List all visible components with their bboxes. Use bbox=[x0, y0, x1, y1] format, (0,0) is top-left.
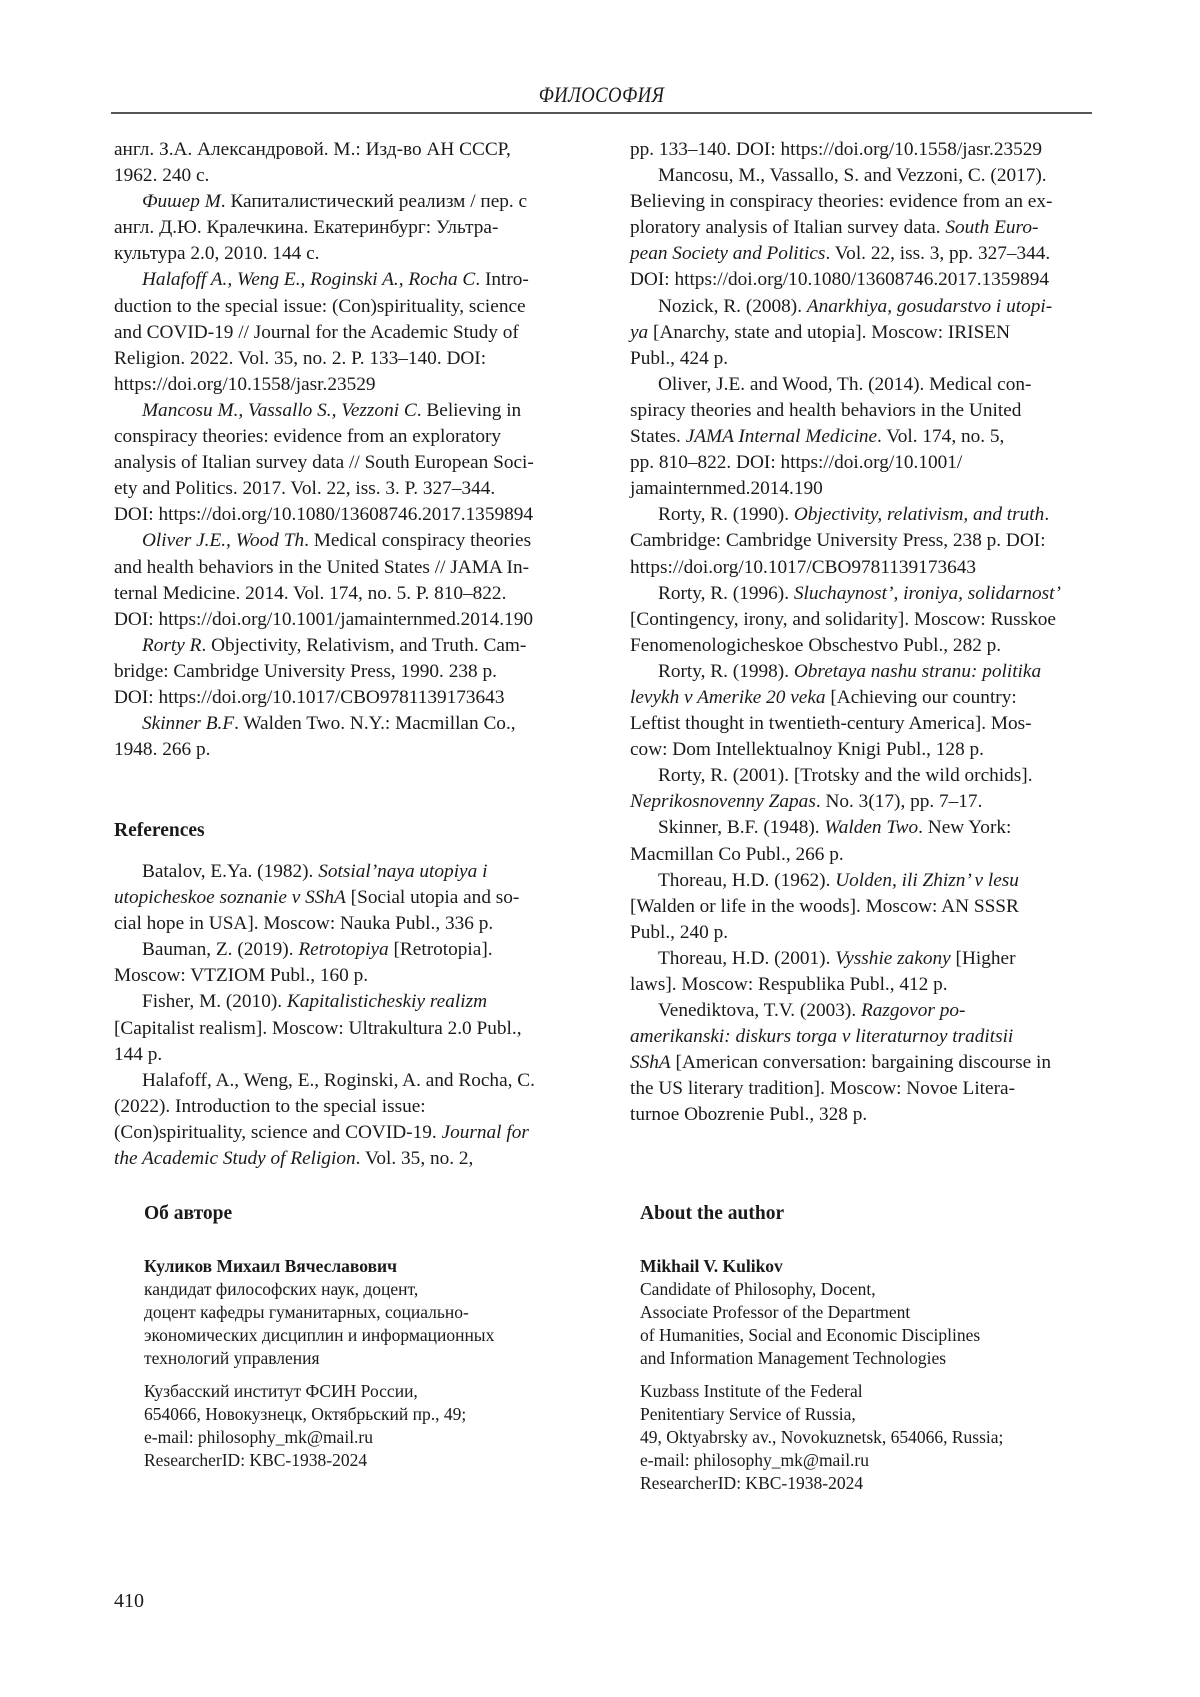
reference-text: pp. 133–140. DOI: https://doi.org/10.155… bbox=[630, 139, 1042, 160]
reference-text: DOI: https://doi.org/10.1080/13608746.20… bbox=[630, 269, 1049, 290]
reference-text: 1948. 266 p. bbox=[114, 739, 210, 760]
reference-entry: Oliver, J.E. and Wood, Th. (2014). Medic… bbox=[630, 372, 1090, 502]
reference-line: Neprikosnovenny Zapas. No. 3(17), pp. 7–… bbox=[630, 789, 1090, 815]
reference-italic-text: JAMA Internal Medicine bbox=[686, 426, 877, 447]
reference-line: laws]. Moscow: Respublika Publ., 412 p. bbox=[630, 972, 1090, 998]
reference-text: Oliver, J.E. and Wood, Th. (2014). Medic… bbox=[658, 374, 1031, 395]
author-affiliation-en: Kuzbass Institute of the FederalPenitent… bbox=[640, 1380, 1003, 1495]
reference-text: Skinner, B.F. (1948). bbox=[658, 817, 824, 838]
author-info-line: ResearcherID: KBC-1938-2024 bbox=[640, 1472, 1003, 1495]
reference-text: англ. З.А. Александровой. М.: Изд-во АН … bbox=[114, 139, 511, 160]
reference-text: Rorty, R. (1990). bbox=[658, 504, 794, 525]
reference-line: Bauman, Z. (2019). Retrotopiya [Retrotop… bbox=[114, 937, 569, 963]
about-author-ru: Об авторе Куликов Михаил Вячеславович ка… bbox=[144, 1203, 494, 1472]
running-header: ФИЛОСОФИЯ bbox=[111, 78, 1092, 114]
reference-line: англ. Д.Ю. Кралечкина. Екатеринбург: Уль… bbox=[114, 215, 569, 241]
reference-text: Rorty, R. (1998). bbox=[658, 661, 794, 682]
reference-text: Mancosu, M., Vassallo, S. and Vezzoni, C… bbox=[658, 165, 1047, 186]
reference-line: Mancosu, M., Vassallo, S. and Vezzoni, C… bbox=[630, 163, 1090, 189]
reference-text: pp. 810–822. DOI: https://doi.org/10.100… bbox=[630, 452, 962, 473]
reference-entry: Thoreau, H.D. (1962). Uolden, ili Zhizn’… bbox=[630, 868, 1090, 946]
reference-text: https://doi.org/10.1017/CBO9781139173643 bbox=[630, 557, 976, 578]
reference-line: bridge: Cambridge University Press, 1990… bbox=[114, 659, 569, 685]
reference-text: the US literary tradition]. Moscow: Novo… bbox=[630, 1078, 1015, 1099]
reference-line: conspiracy theories: evidence from an ex… bbox=[114, 424, 569, 450]
reference-line: (2022). Introduction to the special issu… bbox=[114, 1094, 569, 1120]
reference-text: ploratory analysis of Italian survey dat… bbox=[630, 217, 945, 238]
reference-text: Publ., 240 p. bbox=[630, 922, 728, 943]
reference-line: Rorty, R. (1996). Sluchaynost’, ironiya,… bbox=[630, 581, 1090, 607]
reference-text: . Walden Two. N.Y.: Macmillan Co., bbox=[234, 713, 515, 734]
reference-entry: Thoreau, H.D. (2001). Vysshie zakony [Hi… bbox=[630, 946, 1090, 998]
reference-line: Thoreau, H.D. (2001). Vysshie zakony [Hi… bbox=[630, 946, 1090, 972]
author-info-line: Kuzbass Institute of the Federal bbox=[640, 1380, 1003, 1403]
author-info-line: Кузбасский институт ФСИН России, bbox=[144, 1380, 494, 1403]
reference-line: https://doi.org/10.1017/CBO9781139173643 bbox=[630, 555, 1090, 581]
reference-text: . New York: bbox=[918, 817, 1011, 838]
reference-line: Leftist thought in twentieth-century Ame… bbox=[630, 711, 1090, 737]
reference-text: Cambridge: Cambridge University Press, 2… bbox=[630, 530, 1046, 551]
reference-italic-text: Obretaya nashu stranu: politika bbox=[794, 661, 1041, 682]
reference-line: Mancosu M., Vassallo S., Vezzoni C. Beli… bbox=[114, 398, 569, 424]
reference-line: Cambridge: Cambridge University Press, 2… bbox=[630, 528, 1090, 554]
reference-text: Rorty, R. (2001). [Trotsky and the wild … bbox=[658, 765, 1033, 786]
about-author-en-title: About the author bbox=[640, 1203, 1003, 1233]
reference-line: Nozick, R. (2008). Anarkhiya, gosudarstv… bbox=[630, 294, 1090, 320]
reference-italic-text: pean Society and Politics bbox=[630, 243, 825, 264]
reference-line: Oliver, J.E. and Wood, Th. (2014). Medic… bbox=[630, 372, 1090, 398]
author-position-ru: кандидат философских наук, доцент,доцент… bbox=[144, 1278, 494, 1370]
reference-text: англ. Д.Ю. Кралечкина. Екатеринбург: Уль… bbox=[114, 217, 498, 238]
reference-text: Nozick, R. (2008). bbox=[658, 296, 807, 317]
reference-text: duction to the special issue: (Con)spiri… bbox=[114, 296, 526, 317]
reference-italic-text: utopicheskoe soznanie v SShA bbox=[114, 887, 346, 908]
reference-text: spiracy theories and health behaviors in… bbox=[630, 400, 1021, 421]
reference-line: SShA [American conversation: bargaining … bbox=[630, 1050, 1090, 1076]
reference-text: (Con)spirituality, science and COVID-19. bbox=[114, 1122, 442, 1143]
author-info-line: and Information Management Technologies bbox=[640, 1347, 1003, 1370]
about-author-en: About the author Mikhail V. Kulikov Cand… bbox=[640, 1203, 1003, 1495]
reference-line: Skinner, B.F. (1948). Walden Two. New Yo… bbox=[630, 815, 1090, 841]
author-info-line: Candidate of Philosophy, Docent, bbox=[640, 1278, 1003, 1301]
reference-line: Thoreau, H.D. (1962). Uolden, ili Zhizn’… bbox=[630, 868, 1090, 894]
reference-text: bridge: Cambridge University Press, 1990… bbox=[114, 661, 497, 682]
reference-italic-text: levykh v Amerike 20 veka bbox=[630, 687, 826, 708]
reference-line: 144 p. bbox=[114, 1042, 569, 1068]
reference-entry: Skinner, B.F. (1948). Walden Two. New Yo… bbox=[630, 815, 1090, 867]
reference-text: . Believing in bbox=[417, 400, 521, 421]
reference-entry: Mancosu M., Vassallo S., Vezzoni C. Beli… bbox=[114, 398, 569, 528]
author-position-en: Candidate of Philosophy, Docent,Associat… bbox=[640, 1278, 1003, 1370]
reference-italic-text: South Euro- bbox=[945, 217, 1038, 238]
reference-italic-text: Halafoff A., Weng E., Roginski A., Rocha… bbox=[142, 269, 475, 290]
reference-text: Publ., 424 p. bbox=[630, 348, 728, 369]
reference-text: культура 2.0, 2010. 144 с. bbox=[114, 243, 319, 264]
reference-text: Leftist thought in twentieth-century Ame… bbox=[630, 713, 1032, 734]
reference-line: pp. 810–822. DOI: https://doi.org/10.100… bbox=[630, 450, 1090, 476]
reference-entry: Mancosu, M., Vassallo, S. and Vezzoni, C… bbox=[630, 163, 1090, 293]
author-name-en: Mikhail V. Kulikov bbox=[640, 1255, 1003, 1278]
reference-line: Fisher, M. (2010). Kapitalisticheskiy re… bbox=[114, 989, 569, 1015]
reference-line: англ. З.А. Александровой. М.: Изд-во АН … bbox=[114, 137, 569, 163]
reference-italic-text: Objectivity, relativism, and truth bbox=[794, 504, 1044, 525]
reference-text: Thoreau, H.D. (1962). bbox=[658, 870, 835, 891]
reference-entry: англ. З.А. Александровой. М.: Изд-во АН … bbox=[114, 137, 569, 189]
reference-entry: Venediktova, T.V. (2003). Razgovor po-am… bbox=[630, 998, 1090, 1128]
reference-text: conspiracy theories: evidence from an ex… bbox=[114, 426, 501, 447]
reference-line: Rorty, R. (1998). Obretaya nashu stranu:… bbox=[630, 659, 1090, 685]
reference-line: ternal Medicine. 2014. Vol. 174, no. 5. … bbox=[114, 581, 569, 607]
reference-line: Skinner B.F. Walden Two. N.Y.: Macmillan… bbox=[114, 711, 569, 737]
reference-line: the Academic Study of Religion. Vol. 35,… bbox=[114, 1146, 569, 1172]
author-info-line: ResearcherID: KBC-1938-2024 bbox=[144, 1449, 494, 1472]
reference-text: jamainternmed.2014.190 bbox=[630, 478, 823, 499]
author-info-line: доцент кафедры гуманитарных, социально- bbox=[144, 1301, 494, 1324]
reference-entry: Batalov, E.Ya. (1982). Sotsial’naya utop… bbox=[114, 859, 569, 937]
reference-line: and COVID-19 // Journal for the Academic… bbox=[114, 320, 569, 346]
reference-text: DOI: https://doi.org/10.1001/jamainternm… bbox=[114, 609, 533, 630]
references-heading: References bbox=[114, 820, 205, 842]
reference-entry: Rorty, R. (1998). Obretaya nashu stranu:… bbox=[630, 659, 1090, 763]
reference-entry: Bauman, Z. (2019). Retrotopiya [Retrotop… bbox=[114, 937, 569, 989]
reference-italic-text: ya bbox=[630, 322, 648, 343]
references-left-column: Batalov, E.Ya. (1982). Sotsial’naya utop… bbox=[114, 859, 569, 1172]
reference-entry: Nozick, R. (2008). Anarkhiya, gosudarstv… bbox=[630, 294, 1090, 372]
reference-line: ya [Anarchy, state and utopia]. Moscow: … bbox=[630, 320, 1090, 346]
reference-line: jamainternmed.2014.190 bbox=[630, 476, 1090, 502]
reference-text: cow: Dom Intellektualnoy Knigi Publ., 12… bbox=[630, 739, 984, 760]
bibliography-left-column: англ. З.А. Александровой. М.: Изд-во АН … bbox=[114, 137, 569, 763]
reference-line: Macmillan Co Publ., 266 p. bbox=[630, 842, 1090, 868]
reference-line: Venediktova, T.V. (2003). Razgovor po- bbox=[630, 998, 1090, 1024]
reference-text: Bauman, Z. (2019). bbox=[142, 939, 298, 960]
about-author-ru-title: Об авторе bbox=[144, 1203, 494, 1233]
author-name-ru: Куликов Михаил Вячеславович bbox=[144, 1255, 494, 1278]
reference-entry: Rorty, R. (1990). Objectivity, relativis… bbox=[630, 502, 1090, 580]
reference-italic-text: Uolden, ili Zhizn’ v lesu bbox=[835, 870, 1019, 891]
reference-line: spiracy theories and health behaviors in… bbox=[630, 398, 1090, 424]
reference-entry: Rorty, R. (2001). [Trotsky and the wild … bbox=[630, 763, 1090, 815]
reference-line: Batalov, E.Ya. (1982). Sotsial’naya utop… bbox=[114, 859, 569, 885]
author-info-line: кандидат философских наук, доцент, bbox=[144, 1278, 494, 1301]
author-info-line: e-mail: philosophy_mk@mail.ru bbox=[144, 1426, 494, 1449]
section-title: ФИЛОСОФИЯ bbox=[185, 82, 1019, 108]
reference-text: Macmillan Co Publ., 266 p. bbox=[630, 844, 844, 865]
reference-text: laws]. Moscow: Respublika Publ., 412 p. bbox=[630, 974, 948, 995]
reference-line: pp. 133–140. DOI: https://doi.org/10.155… bbox=[630, 137, 1090, 163]
reference-text: [Walden or life in the woods]. Moscow: A… bbox=[630, 896, 1019, 917]
reference-line: (Con)spirituality, science and COVID-19.… bbox=[114, 1120, 569, 1146]
reference-line: Oliver J.E., Wood Th. Medical conspiracy… bbox=[114, 528, 569, 554]
reference-text: 1962. 240 с. bbox=[114, 165, 209, 186]
reference-line: turnoe Obozrenie Publ., 328 p. bbox=[630, 1102, 1090, 1128]
reference-text: analysis of Italian survey data // South… bbox=[114, 452, 534, 473]
reference-entry: Halafoff A., Weng E., Roginski A., Rocha… bbox=[114, 267, 569, 397]
reference-line: 1962. 240 с. bbox=[114, 163, 569, 189]
reference-text: . Vol. 35, no. 2, bbox=[356, 1148, 474, 1169]
reference-italic-text: Retrotopiya bbox=[298, 939, 388, 960]
reference-text: . Objectivity, Relativism, and Truth. Ca… bbox=[201, 635, 526, 656]
reference-line: and health behaviors in the United State… bbox=[114, 555, 569, 581]
reference-line: Фишер М. Капиталистический реализм / пер… bbox=[114, 189, 569, 215]
author-info-line: e-mail: philosophy_mk@mail.ru bbox=[640, 1449, 1003, 1472]
reference-line: analysis of Italian survey data // South… bbox=[114, 450, 569, 476]
reference-entry: Rorty R. Objectivity, Relativism, and Tr… bbox=[114, 633, 569, 711]
reference-italic-text: the Academic Study of Religion bbox=[114, 1148, 356, 1169]
reference-italic-text: Journal for bbox=[442, 1122, 529, 1143]
reference-text: Moscow: VTZIOM Publ., 160 p. bbox=[114, 965, 368, 986]
reference-entry: Fisher, M. (2010). Kapitalisticheskiy re… bbox=[114, 989, 569, 1067]
author-info-line: Associate Professor of the Department bbox=[640, 1301, 1003, 1324]
reference-italic-text: Sotsial’naya utopiya i bbox=[318, 861, 487, 882]
reference-text: ternal Medicine. 2014. Vol. 174, no. 5. … bbox=[114, 583, 506, 604]
reference-line: DOI: https://doi.org/10.1017/CBO97811391… bbox=[114, 685, 569, 711]
reference-text: States. bbox=[630, 426, 686, 447]
reference-line: Religion. 2022. Vol. 35, no. 2. P. 133–1… bbox=[114, 346, 569, 372]
reference-text: [Anarchy, state and utopia]. Moscow: IRI… bbox=[648, 322, 1010, 343]
reference-entry: Skinner B.F. Walden Two. N.Y.: Macmillan… bbox=[114, 711, 569, 763]
reference-text: https://doi.org/10.1558/jasr.23529 bbox=[114, 374, 376, 395]
reference-line: Fenomenologicheskoe Obschestvo Publ., 28… bbox=[630, 633, 1090, 659]
reference-text: Thoreau, H.D. (2001). bbox=[658, 948, 835, 969]
reference-entry: Oliver J.E., Wood Th. Medical conspiracy… bbox=[114, 528, 569, 632]
reference-text: . bbox=[1044, 504, 1049, 525]
reference-line: Rorty R. Objectivity, Relativism, and Tr… bbox=[114, 633, 569, 659]
reference-text: [Social utopia and so- bbox=[346, 887, 520, 908]
references-right-column: pp. 133–140. DOI: https://doi.org/10.155… bbox=[630, 137, 1090, 1129]
reference-line: duction to the special issue: (Con)spiri… bbox=[114, 294, 569, 320]
reference-text: and COVID-19 // Journal for the Academic… bbox=[114, 322, 519, 343]
author-info-line: экономических дисциплин и информационных bbox=[144, 1324, 494, 1347]
author-info-line: технологий управления bbox=[144, 1347, 494, 1370]
reference-italic-text: amerikanski: diskurs torga v literaturno… bbox=[630, 1026, 1013, 1047]
reference-text: cial hope in USA]. Moscow: Nauka Publ., … bbox=[114, 913, 493, 934]
reference-line: Believing in conspiracy theories: eviden… bbox=[630, 189, 1090, 215]
reference-line: ploratory analysis of Italian survey dat… bbox=[630, 215, 1090, 241]
reference-text: . Vol. 174, no. 5, bbox=[877, 426, 1004, 447]
reference-text: Fisher, M. (2010). bbox=[142, 991, 287, 1012]
reference-line: 1948. 266 p. bbox=[114, 737, 569, 763]
reference-line: культура 2.0, 2010. 144 с. bbox=[114, 241, 569, 267]
reference-text: Rorty, R. (1996). bbox=[658, 583, 794, 604]
reference-line: Rorty, R. (2001). [Trotsky and the wild … bbox=[630, 763, 1090, 789]
reference-line: [Walden or life in the woods]. Moscow: A… bbox=[630, 894, 1090, 920]
reference-italic-text: Vysshie zakony bbox=[835, 948, 951, 969]
reference-text: Fenomenologicheskoe Obschestvo Publ., 28… bbox=[630, 635, 1001, 656]
reference-entry: Halafoff, A., Weng, E., Roginski, A. and… bbox=[114, 1068, 569, 1172]
reference-text: . Medical conspiracy theories bbox=[304, 530, 531, 551]
reference-text: DOI: https://doi.org/10.1080/13608746.20… bbox=[114, 504, 533, 525]
reference-text: . Intro- bbox=[475, 269, 529, 290]
reference-line: the US literary tradition]. Moscow: Novo… bbox=[630, 1076, 1090, 1102]
reference-text: . Vol. 22, iss. 3, pp. 327–344. bbox=[825, 243, 1050, 264]
reference-line: DOI: https://doi.org/10.1001/jamainternm… bbox=[114, 607, 569, 633]
reference-line: levykh v Amerike 20 veka [Achieving our … bbox=[630, 685, 1090, 711]
reference-text: [Higher bbox=[951, 948, 1016, 969]
author-info-line: 49, Oktyabrsky av., Novokuznetsk, 654066… bbox=[640, 1426, 1003, 1449]
reference-line: Publ., 424 p. bbox=[630, 346, 1090, 372]
reference-text: Venediktova, T.V. (2003). bbox=[658, 1000, 861, 1021]
reference-line: pean Society and Politics. Vol. 22, iss.… bbox=[630, 241, 1090, 267]
reference-italic-text: Anarkhiya, gosudarstvo i utopi- bbox=[807, 296, 1052, 317]
reference-line: DOI: https://doi.org/10.1080/13608746.20… bbox=[630, 267, 1090, 293]
reference-italic-text: Sluchaynost’, ironiya, solidarnost’ bbox=[794, 583, 1061, 604]
reference-line: https://doi.org/10.1558/jasr.23529 bbox=[114, 372, 569, 398]
reference-line: [Contingency, irony, and solidarity]. Mo… bbox=[630, 607, 1090, 633]
reference-text: turnoe Obozrenie Publ., 328 p. bbox=[630, 1104, 867, 1125]
reference-italic-text: Kapitalisticheskiy realizm bbox=[287, 991, 487, 1012]
reference-line: DOI: https://doi.org/10.1080/13608746.20… bbox=[114, 502, 569, 528]
reference-italic-text: Walden Two bbox=[824, 817, 918, 838]
reference-italic-text: Mancosu M., Vassallo S., Vezzoni C bbox=[142, 400, 417, 421]
reference-text: [American conversation: bargaining disco… bbox=[671, 1052, 1051, 1073]
reference-italic-text: Razgovor po- bbox=[861, 1000, 965, 1021]
reference-italic-text: Фишер М bbox=[142, 191, 221, 212]
reference-line: Rorty, R. (1990). Objectivity, relativis… bbox=[630, 502, 1090, 528]
reference-line: Publ., 240 p. bbox=[630, 920, 1090, 946]
reference-text: Believing in conspiracy theories: eviden… bbox=[630, 191, 1052, 212]
reference-italic-text: Rorty R bbox=[142, 635, 201, 656]
reference-text: Religion. 2022. Vol. 35, no. 2. P. 133–1… bbox=[114, 348, 486, 369]
author-info-line: 654066, Новокузнецк, Октябрьский пр., 49… bbox=[144, 1403, 494, 1426]
reference-line: Halafoff A., Weng E., Roginski A., Rocha… bbox=[114, 267, 569, 293]
author-info-line: Penitentiary Service of Russia, bbox=[640, 1403, 1003, 1426]
reference-text: and health behaviors in the United State… bbox=[114, 557, 529, 578]
reference-line: cial hope in USA]. Moscow: Nauka Publ., … bbox=[114, 911, 569, 937]
reference-text: [Retrotopia]. bbox=[389, 939, 493, 960]
author-info-line: of Humanities, Social and Economic Disci… bbox=[640, 1324, 1003, 1347]
reference-entry: Rorty, R. (1996). Sluchaynost’, ironiya,… bbox=[630, 581, 1090, 659]
reference-line: Halafoff, A., Weng, E., Roginski, A. and… bbox=[114, 1068, 569, 1094]
reference-text: [Capitalist realism]. Moscow: Ultrakultu… bbox=[114, 1018, 522, 1039]
reference-text: Batalov, E.Ya. (1982). bbox=[142, 861, 318, 882]
reference-text: DOI: https://doi.org/10.1017/CBO97811391… bbox=[114, 687, 504, 708]
reference-text: [Contingency, irony, and solidarity]. Mo… bbox=[630, 609, 1056, 630]
reference-entry: pp. 133–140. DOI: https://doi.org/10.155… bbox=[630, 137, 1090, 163]
reference-text: ety and Politics. 2017. Vol. 22, iss. 3.… bbox=[114, 478, 495, 499]
reference-line: amerikanski: diskurs torga v literaturno… bbox=[630, 1024, 1090, 1050]
reference-line: cow: Dom Intellektualnoy Knigi Publ., 12… bbox=[630, 737, 1090, 763]
page-number: 410 bbox=[114, 1590, 144, 1613]
author-affiliation-ru: Кузбасский институт ФСИН России,654066, … bbox=[144, 1380, 494, 1472]
reference-line: States. JAMA Internal Medicine. Vol. 174… bbox=[630, 424, 1090, 450]
reference-text: . No. 3(17), pp. 7–17. bbox=[816, 791, 983, 812]
reference-entry: Фишер М. Капиталистический реализм / пер… bbox=[114, 189, 569, 267]
reference-line: utopicheskoe soznanie v SShA [Social uto… bbox=[114, 885, 569, 911]
reference-line: ety and Politics. 2017. Vol. 22, iss. 3.… bbox=[114, 476, 569, 502]
reference-italic-text: Oliver J.E., Wood Th bbox=[142, 530, 304, 551]
reference-italic-text: SShA bbox=[630, 1052, 671, 1073]
reference-italic-text: Neprikosnovenny Zapas bbox=[630, 791, 816, 812]
reference-text: . Капиталистический реализм / пер. с bbox=[221, 191, 527, 212]
reference-line: Moscow: VTZIOM Publ., 160 p. bbox=[114, 963, 569, 989]
reference-italic-text: Skinner B.F bbox=[142, 713, 234, 734]
reference-line: [Capitalist realism]. Moscow: Ultrakultu… bbox=[114, 1016, 569, 1042]
reference-text: 144 p. bbox=[114, 1044, 162, 1065]
reference-text: Halafoff, A., Weng, E., Roginski, A. and… bbox=[142, 1070, 535, 1091]
reference-text: (2022). Introduction to the special issu… bbox=[114, 1096, 426, 1117]
reference-text: [Achieving our country: bbox=[826, 687, 1017, 708]
